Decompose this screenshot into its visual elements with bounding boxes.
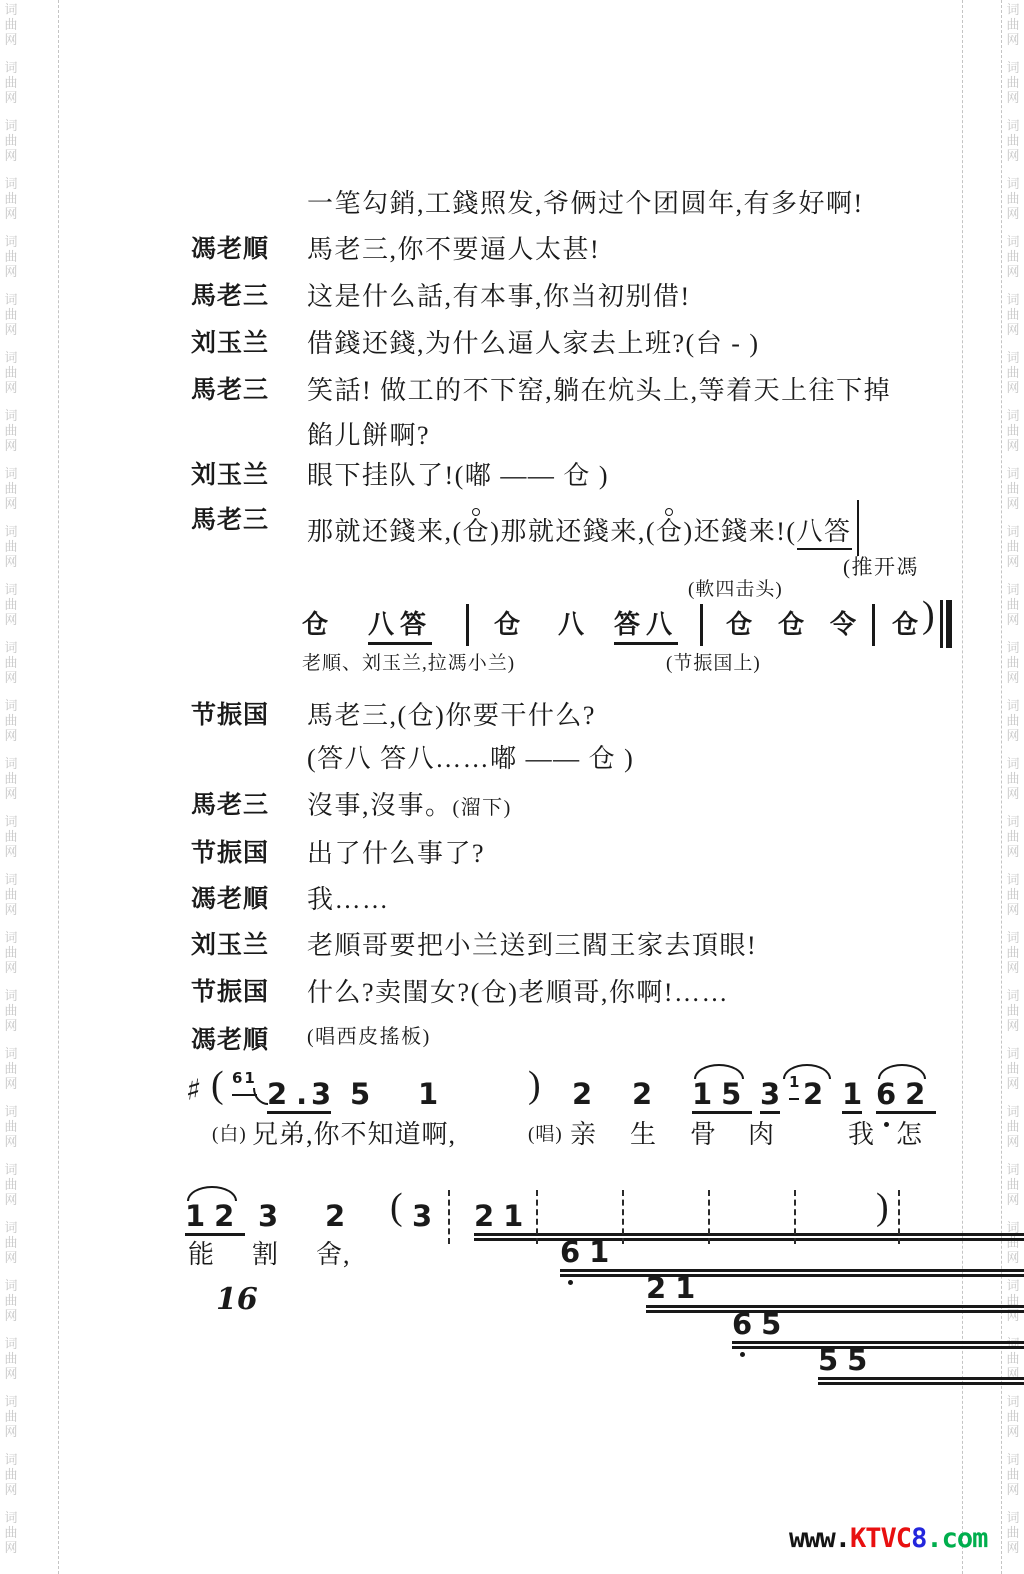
music-note: 2 bbox=[572, 1078, 592, 1110]
text-segment: 借錢还錢,为什么逼人家去上班?(台 - ) bbox=[307, 329, 760, 358]
tie-arc bbox=[694, 1064, 744, 1079]
dialogue-row: 馬老三笑話! 做工的不下窑,躺在炕头上,等着天上往下掉 bbox=[0, 370, 1024, 404]
low-octave-dot bbox=[740, 1352, 745, 1357]
site-watermark-segment: www. bbox=[789, 1523, 850, 1554]
dialogue-row: 节振国出了什么事了? bbox=[0, 833, 1024, 867]
text-segment: 一笔勾銷,工錢照发,爷俩过个团圆年,有多好啊! bbox=[307, 189, 864, 218]
dashed-barline bbox=[536, 1190, 538, 1244]
dialogue-row: 节振国什么?卖閨女?(仓)老順哥,你啊!…… bbox=[0, 972, 1024, 1006]
dashed-barline bbox=[794, 1190, 796, 1244]
music-lyric: 舍, bbox=[316, 1234, 351, 1271]
music-note: 2 bbox=[325, 1200, 345, 1232]
watermark-group: 词曲网 bbox=[2, 118, 20, 163]
watermark-char: 词 bbox=[1004, 1452, 1022, 1467]
site-watermark: www.KTVC8.com bbox=[789, 1523, 987, 1554]
music-lyric: 能 bbox=[188, 1234, 215, 1271]
dialogue-text: 馬老三,你不要逼人太甚! bbox=[307, 229, 600, 266]
low-octave-dot bbox=[884, 1122, 889, 1127]
dialogue-row: 馬老三沒事,沒事。(溜下) bbox=[0, 785, 1024, 819]
watermark-char: 网 bbox=[1004, 148, 1022, 163]
watermark-char: 曲 bbox=[2, 1409, 20, 1424]
text-segment: 八答 bbox=[797, 517, 852, 550]
speaker-name: 馮老順 bbox=[191, 1020, 269, 1056]
watermark-char: 网 bbox=[2, 1366, 20, 1381]
percussion-syllable: 令 bbox=[830, 609, 862, 641]
dialogue-text: 沒事,沒事。(溜下) bbox=[307, 785, 512, 822]
watermark-char: 词 bbox=[2, 1510, 20, 1525]
watermark-char: 网 bbox=[2, 90, 20, 105]
dialogue-text: 眼下挂队了!(嘟 —— 仓 ) bbox=[307, 455, 609, 492]
stage-direction: 一笔勾銷,工錢照发,爷俩过个团圆年,有多好啊! bbox=[307, 183, 864, 220]
dialogue-row: (答八 答八……嘟 —— 仓 ) bbox=[0, 738, 1024, 772]
dialogue-row: 节振国馬老三,(仓)你要干什么? bbox=[0, 695, 1024, 729]
percussion-syllable: 仓 bbox=[892, 609, 924, 641]
music-note: 2 bbox=[803, 1078, 823, 1110]
watermark-group: 词曲网 bbox=[2, 1278, 20, 1323]
speaker-name: 节振国 bbox=[191, 833, 269, 869]
watermark-char: 曲 bbox=[2, 133, 20, 148]
watermark-group: 词曲网 bbox=[2, 1336, 20, 1381]
dialogue-row: 一笔勾銷,工錢照发,爷俩过个团圆年,有多好啊! bbox=[0, 183, 1024, 217]
watermark-char: 网 bbox=[2, 1424, 20, 1439]
dialogue-text: 借錢还錢,为什么逼人家去上班?(台 - ) bbox=[307, 323, 760, 360]
text-segment: 出了什么事了? bbox=[307, 839, 485, 868]
watermark-char: 词 bbox=[1004, 118, 1022, 133]
watermark-char: 曲 bbox=[2, 771, 20, 786]
site-watermark-segment: .com bbox=[926, 1523, 987, 1554]
text-segment: 馬老三,(仓)你要干什么? bbox=[307, 701, 596, 730]
notation-barline bbox=[857, 500, 860, 556]
music-note: 3 bbox=[412, 1200, 432, 1232]
music-lyric: 兄弟,你不知道啊, bbox=[252, 1114, 456, 1151]
stage-direction: 餡儿餅啊? bbox=[307, 415, 430, 452]
watermark-group: 词曲网 bbox=[1004, 1510, 1022, 1555]
watermark-char: 网 bbox=[1004, 670, 1022, 685]
dialogue-row: 馬老三这是什么話,有本事,你当初别借! bbox=[0, 276, 1024, 310]
music-note: 3 bbox=[760, 1078, 780, 1114]
low-octave-dot bbox=[568, 1280, 573, 1285]
speaker-name: 馬老三 bbox=[191, 276, 269, 312]
music-note: 62 bbox=[876, 1078, 936, 1114]
watermark-char: 网 bbox=[2, 148, 20, 163]
text-segment: 沒事,沒事。 bbox=[307, 791, 453, 820]
watermark-char: 词 bbox=[1004, 60, 1022, 75]
watermark-char: 曲 bbox=[2, 75, 20, 90]
percussion-syllable: 仓 bbox=[778, 609, 810, 641]
music-note: 5 bbox=[350, 1078, 370, 1110]
watermark-char: 词 bbox=[2, 1336, 20, 1351]
percussion-syllable: 仓 bbox=[726, 609, 758, 641]
music-note: ) bbox=[922, 599, 935, 631]
music-lyric: 我 bbox=[848, 1114, 875, 1151]
watermark-char: 词 bbox=[2, 60, 20, 75]
thick-bar bbox=[946, 600, 952, 648]
page-number: 16 bbox=[216, 1282, 258, 1317]
music-note: 15 bbox=[692, 1078, 752, 1114]
speaker-name: 馬老三 bbox=[191, 500, 269, 536]
music-note: 65 bbox=[732, 1308, 1024, 1344]
watermark-char: 曲 bbox=[1004, 17, 1022, 32]
barline bbox=[700, 604, 703, 646]
dialogue-row: 馮老順馬老三,你不要逼人太甚! bbox=[0, 229, 1024, 263]
dashed-barline bbox=[708, 1190, 710, 1244]
dialogue-row: (推开馮 bbox=[0, 551, 1024, 585]
watermark-char: 网 bbox=[1004, 1424, 1022, 1439]
watermark-char: 曲 bbox=[1004, 1467, 1022, 1482]
watermark-group: 词曲网 bbox=[1004, 1452, 1022, 1497]
watermark-char: 词 bbox=[2, 2, 20, 17]
script-page: { "page": {"number": "16"}, "watermark":… bbox=[0, 0, 1024, 1574]
grace-slur bbox=[253, 1088, 268, 1105]
music-line: 1232(32161216555) bbox=[0, 1188, 1024, 1262]
dashed-barline bbox=[622, 1190, 624, 1244]
site-watermark-segment: 8 bbox=[911, 1523, 926, 1554]
watermark-char: 曲 bbox=[1004, 133, 1022, 148]
text-segment: 老順哥要把小兰送到三閻王家去頂眼! bbox=[307, 931, 757, 960]
music-lyric: 肉 bbox=[748, 1114, 775, 1151]
stage-direction: 老順、刘玉兰,拉馮小兰) bbox=[302, 648, 515, 675]
text-segment: 眼下挂队了!(嘟 —— 仓 ) bbox=[307, 461, 609, 490]
dialogue-row: 刘玉兰眼下挂队了!(嘟 —— 仓 ) bbox=[0, 455, 1024, 489]
watermark-group: 词曲网 bbox=[1004, 2, 1022, 47]
percussion-syllable: 八 bbox=[558, 609, 590, 641]
tie-arc bbox=[878, 1064, 926, 1079]
music-lyric: 割 bbox=[252, 1234, 279, 1271]
tie-arc bbox=[187, 1186, 237, 1201]
dialogue-text: 这是什么話,有本事,你当初别借! bbox=[307, 276, 691, 313]
barline bbox=[466, 604, 469, 646]
dialogue-text: 馬老三,(仓)你要干什么? bbox=[307, 695, 596, 732]
music-note: 1 bbox=[418, 1078, 438, 1110]
dialogue-row: 馮老順(唱西皮搖板) bbox=[0, 1020, 1024, 1054]
music-note: ( bbox=[390, 1191, 403, 1223]
watermark-char: 词 bbox=[2, 1278, 20, 1293]
watermark-char: 词 bbox=[2, 1452, 20, 1467]
watermark-group: 词曲网 bbox=[2, 1510, 20, 1555]
music-note: 3 bbox=[311, 1078, 331, 1114]
dialogue-text: 出了什么事了? bbox=[307, 833, 485, 870]
music-note: 12 bbox=[185, 1200, 245, 1236]
text-segment: 什么?卖閨女?(仓)老順哥,你啊!…… bbox=[307, 978, 729, 1007]
dialogue-row: 馮老順我…… bbox=[0, 879, 1024, 913]
speaker-name: 馮老順 bbox=[191, 229, 269, 265]
dialogue-text: (唱西皮搖板) bbox=[307, 1020, 431, 1050]
watermark-char: 网 bbox=[1004, 1482, 1022, 1497]
watermark-char: 网 bbox=[2, 32, 20, 47]
thin-bar bbox=[940, 600, 943, 648]
music-note: 21 bbox=[474, 1200, 1024, 1236]
watermark-char: 曲 bbox=[1004, 1525, 1022, 1540]
text-segment: 那就还錢来,( bbox=[307, 517, 463, 546]
text-segment: (唱西皮搖板) bbox=[307, 1026, 431, 1048]
speaker-name: 刘玉兰 bbox=[191, 455, 269, 491]
music-note: 61 bbox=[560, 1236, 1024, 1272]
text-segment: 餡儿餅啊? bbox=[307, 421, 430, 450]
watermark-char: 曲 bbox=[1004, 771, 1022, 786]
text-segment: 我…… bbox=[307, 885, 390, 914]
watermark-char: 曲 bbox=[1004, 75, 1022, 90]
watermark-char: 词 bbox=[1004, 1394, 1022, 1409]
watermark-char: 词 bbox=[2, 118, 20, 133]
dialogue-row: 馬老三那就还錢来,(仓)那就还錢来,(仓)还錢来!(八答 bbox=[0, 500, 1024, 534]
stage-direction: (答八 答八……嘟 —— 仓 ) bbox=[307, 738, 634, 775]
watermark-char: 网 bbox=[2, 1482, 20, 1497]
watermark-char: 曲 bbox=[2, 1467, 20, 1482]
percussion-syllable: 仓 bbox=[302, 609, 334, 641]
watermark-char: 网 bbox=[1004, 90, 1022, 105]
percussion-syllable: 八答 bbox=[368, 609, 432, 645]
watermark-char: 曲 bbox=[2, 1525, 20, 1540]
dialogue-text: 笑話! 做工的不下窑,躺在炕头上,等着天上往下掉 bbox=[307, 370, 891, 407]
music-note: 21 bbox=[646, 1272, 1024, 1308]
dialogue-text: 那就还錢来,(仓)那就还錢来,(仓)还錢来!(八答 bbox=[307, 500, 859, 556]
stage-direction: (节振国上) bbox=[666, 648, 761, 675]
music-lyric: (唱) bbox=[528, 1119, 563, 1146]
dialogue-text: 什么?卖閨女?(仓)老順哥,你啊!…… bbox=[307, 972, 729, 1009]
site-watermark-segment: KTVC bbox=[850, 1523, 911, 1554]
text-segment: 仓 bbox=[656, 517, 684, 546]
music-note: 2 bbox=[632, 1078, 652, 1110]
speaker-name: 馬老三 bbox=[191, 785, 269, 821]
speaker-name: 馬老三 bbox=[191, 370, 269, 406]
music-note: 55 bbox=[818, 1344, 1024, 1380]
watermark-char: 曲 bbox=[2, 1293, 20, 1308]
percussion-syllable: 仓 bbox=[494, 609, 526, 641]
text-segment: (推开馮 bbox=[843, 555, 919, 579]
dialogue-row: 餡儿餅啊? bbox=[0, 415, 1024, 449]
stage-direction: (推开馮 bbox=[843, 551, 919, 581]
music-lyric: (白) bbox=[212, 1119, 247, 1146]
watermark-char: 词 bbox=[2, 1394, 20, 1409]
dashed-barline bbox=[448, 1190, 450, 1244]
music-lyric: 怎 bbox=[896, 1114, 923, 1151]
music-note: ) bbox=[876, 1191, 889, 1223]
watermark-group: 词曲网 bbox=[2, 60, 20, 105]
text-segment: 这是什么話,有本事,你当初别借! bbox=[307, 282, 691, 311]
text-segment: 仓 bbox=[463, 517, 491, 546]
watermark-char: 曲 bbox=[2, 17, 20, 32]
watermark-group: 词曲网 bbox=[2, 1394, 20, 1439]
music-note: 3 bbox=[258, 1200, 278, 1232]
dashed-barline bbox=[898, 1190, 900, 1244]
barline bbox=[872, 604, 875, 646]
watermark-char: 曲 bbox=[2, 1351, 20, 1366]
watermark-char: 网 bbox=[2, 670, 20, 685]
watermark-char: 曲 bbox=[1004, 1409, 1022, 1424]
dialogue-text: 我…… bbox=[307, 879, 390, 916]
speaker-name: 刘玉兰 bbox=[191, 925, 269, 961]
watermark-char: 词 bbox=[1004, 1510, 1022, 1525]
watermark-char: 网 bbox=[1004, 32, 1022, 47]
dialogue-row: 刘玉兰借錢还錢,为什么逼人家去上班?(台 - ) bbox=[0, 323, 1024, 357]
music-note: ♯ bbox=[184, 1074, 203, 1108]
watermark-group: 词曲网 bbox=[1004, 60, 1022, 105]
watermark-char: 词 bbox=[1004, 2, 1022, 17]
music-note: ) bbox=[528, 1069, 541, 1101]
text-segment: (溜下) bbox=[453, 797, 512, 819]
watermark-char: 词 bbox=[1004, 1162, 1022, 1177]
text-segment: 笑話! 做工的不下窑,躺在炕头上,等着天上往下掉 bbox=[307, 376, 891, 405]
dialogue-row: 刘玉兰老順哥要把小兰送到三閻王家去頂眼! bbox=[0, 925, 1024, 959]
speaker-name: 馮老順 bbox=[191, 879, 269, 915]
speaker-name: 刘玉兰 bbox=[191, 323, 269, 359]
dialogue-text: 老順哥要把小兰送到三閻王家去頂眼! bbox=[307, 925, 757, 962]
music-note: ( bbox=[211, 1069, 224, 1101]
text-segment: (答八 答八……嘟 —— 仓 ) bbox=[307, 744, 634, 773]
watermark-group: 词曲网 bbox=[2, 2, 20, 47]
watermark-group: 词曲网 bbox=[1004, 1394, 1022, 1439]
text-segment: )那就还錢来,( bbox=[490, 517, 656, 546]
watermark-char: 网 bbox=[1004, 1540, 1022, 1555]
music-lyric: 亲 bbox=[570, 1114, 597, 1151]
watermark-char: 词 bbox=[2, 1162, 20, 1177]
music-lyric: 生 bbox=[630, 1114, 657, 1151]
watermark-group: 词曲网 bbox=[1004, 118, 1022, 163]
text-segment: )还錢来!( bbox=[684, 517, 797, 546]
speaker-name: 节振国 bbox=[191, 972, 269, 1008]
speaker-name: 节振国 bbox=[191, 695, 269, 731]
music-lyric: 骨 bbox=[690, 1114, 717, 1151]
music-note: 1 bbox=[842, 1078, 862, 1114]
watermark-char: 网 bbox=[2, 1308, 20, 1323]
percussion-syllable: 答八 bbox=[614, 609, 678, 645]
watermark-group: 词曲网 bbox=[2, 1452, 20, 1497]
text-segment: 馬老三,你不要逼人太甚! bbox=[307, 235, 600, 264]
watermark-char: 网 bbox=[2, 1540, 20, 1555]
